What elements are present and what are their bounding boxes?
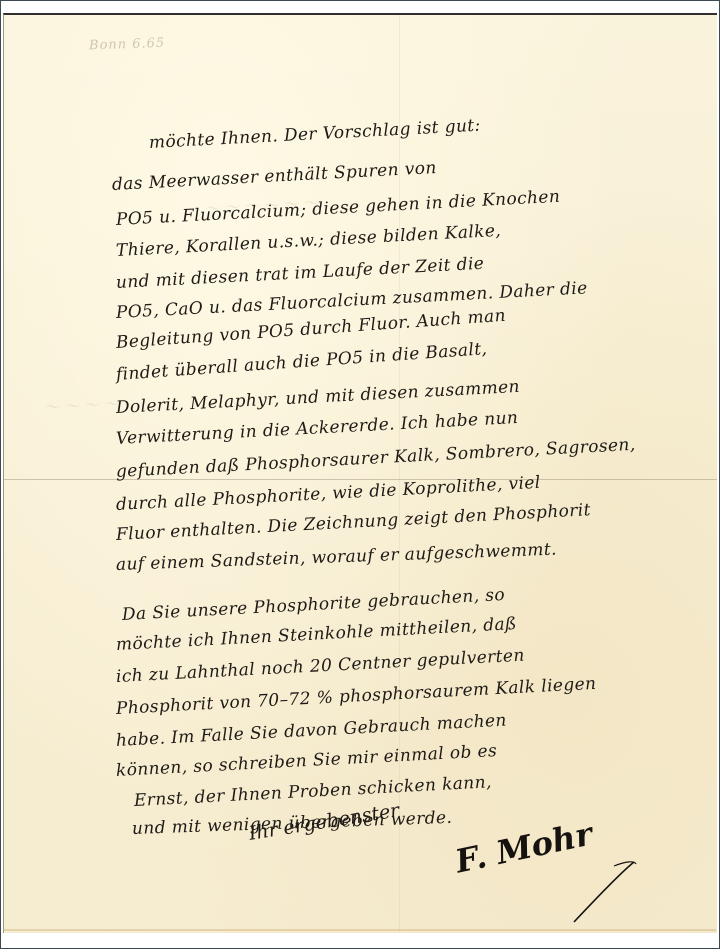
letter-closing: Ihr ergebenster (247, 799, 401, 845)
letter-paper: Bonn 6.65 〜 〜 〜 〜 〜 〜 〜 〜 〜 〜 〜 〜 〜 〜 〜 … (3, 13, 717, 933)
letter-line: das Meerwasser enthält Spuren von (111, 158, 437, 195)
signature-flourish (564, 860, 644, 930)
letter-line: auf einem Sandstein, worauf er aufgeschw… (116, 540, 558, 575)
paper-bottom-edge (3, 929, 716, 931)
horizontal-fold-line (4, 479, 717, 480)
letter-line: Ernst, der Ihnen Proben schicken kann, (133, 772, 492, 811)
letter-line: möchte Ihnen. Der Vorschlag ist gut: (148, 116, 481, 153)
bleed-through-text: 〜 〜 〜 〜 (44, 393, 119, 418)
pencil-date-note: Bonn 6.65 (89, 36, 166, 54)
